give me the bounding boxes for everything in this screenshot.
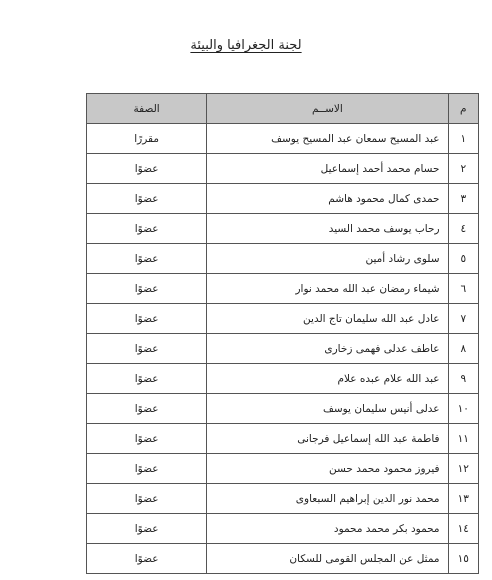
row-number: ١١ xyxy=(448,424,478,454)
member-role: عضوًا xyxy=(87,544,207,574)
table-row: ١٠عدلى أنيس سليمان يوسفعضوًا xyxy=(87,394,479,424)
table-row: ٧عادل عبد الله سليمان تاج الدينعضوًا xyxy=(87,304,479,334)
row-number: ٤ xyxy=(448,214,478,244)
table-row: ٨عاطف عدلى فهمى زخارىعضوًا xyxy=(87,334,479,364)
document-title: لجنة الجغرافيا والبيئة xyxy=(0,38,492,53)
member-name: فيروز محمود محمد حسن xyxy=(207,454,448,484)
member-name: شيماء رمضان عبد الله محمد نوار xyxy=(207,274,448,304)
row-number: ١٢ xyxy=(448,454,478,484)
member-name: عبد المسيح سمعان عبد المسيح يوسف xyxy=(207,124,448,154)
member-role: عضوًا xyxy=(87,334,207,364)
table-row: ٦شيماء رمضان عبد الله محمد نوارعضوًا xyxy=(87,274,479,304)
table-row: ٤رحاب يوسف محمد السيدعضوًا xyxy=(87,214,479,244)
row-number: ١ xyxy=(448,124,478,154)
row-number: ١٥ xyxy=(448,544,478,574)
member-role: عضوًا xyxy=(87,514,207,544)
member-role: عضوًا xyxy=(87,214,207,244)
table-row: ١١فاطمة عبد الله إسماعيل فرجانىعضوًا xyxy=(87,424,479,454)
table-row: ١٢فيروز محمود محمد حسنعضوًا xyxy=(87,454,479,484)
table-row: ١٥ممثل عن المجلس القومى للسكانعضوًا xyxy=(87,544,479,574)
member-role: عضوًا xyxy=(87,484,207,514)
table-row: ٣حمدى كمال محمود هاشمعضوًا xyxy=(87,184,479,214)
member-role: عضوًا xyxy=(87,454,207,484)
member-name: عدلى أنيس سليمان يوسف xyxy=(207,394,448,424)
member-role: مقررًا xyxy=(87,124,207,154)
member-name: محمود بكر محمد محمود xyxy=(207,514,448,544)
row-number: ٨ xyxy=(448,334,478,364)
member-name: محمد نور الدين إبراهيم السبعاوى xyxy=(207,484,448,514)
member-role: عضوًا xyxy=(87,304,207,334)
row-number: ٧ xyxy=(448,304,478,334)
member-name: حسام محمد أحمد إسماعيل xyxy=(207,154,448,184)
member-name: عبد الله علام عبده علام xyxy=(207,364,448,394)
member-name: رحاب يوسف محمد السيد xyxy=(207,214,448,244)
member-role: عضوًا xyxy=(87,364,207,394)
header-name: الاســم xyxy=(207,94,448,124)
member-name: ممثل عن المجلس القومى للسكان xyxy=(207,544,448,574)
row-number: ٥ xyxy=(448,244,478,274)
member-name: عادل عبد الله سليمان تاج الدين xyxy=(207,304,448,334)
table-row: ٢حسام محمد أحمد إسماعيلعضوًا xyxy=(87,154,479,184)
row-number: ٦ xyxy=(448,274,478,304)
row-number: ٩ xyxy=(448,364,478,394)
row-number: ١٣ xyxy=(448,484,478,514)
member-role: عضوًا xyxy=(87,244,207,274)
row-number: ٢ xyxy=(448,154,478,184)
header-number: م xyxy=(448,94,478,124)
table-row: ١عبد المسيح سمعان عبد المسيح يوسفمقررًا xyxy=(87,124,479,154)
member-role: عضوًا xyxy=(87,424,207,454)
member-name: سلوى رشاد أمين xyxy=(207,244,448,274)
table-row: ٥سلوى رشاد أمينعضوًا xyxy=(87,244,479,274)
header-role: الصفة xyxy=(87,94,207,124)
table-header-row: م الاســم الصفة xyxy=(87,94,479,124)
committee-members-table: م الاســم الصفة ١عبد المسيح سمعان عبد ال… xyxy=(86,93,479,574)
row-number: ١٤ xyxy=(448,514,478,544)
member-role: عضوًا xyxy=(87,394,207,424)
row-number: ٣ xyxy=(448,184,478,214)
table-row: ٩عبد الله علام عبده علامعضوًا xyxy=(87,364,479,394)
table-row: ١٤محمود بكر محمد محمودعضوًا xyxy=(87,514,479,544)
member-role: عضوًا xyxy=(87,154,207,184)
member-name: عاطف عدلى فهمى زخارى xyxy=(207,334,448,364)
row-number: ١٠ xyxy=(448,394,478,424)
member-role: عضوًا xyxy=(87,274,207,304)
member-name: فاطمة عبد الله إسماعيل فرجانى xyxy=(207,424,448,454)
member-role: عضوًا xyxy=(87,184,207,214)
member-name: حمدى كمال محمود هاشم xyxy=(207,184,448,214)
table-row: ١٣محمد نور الدين إبراهيم السبعاوىعضوًا xyxy=(87,484,479,514)
